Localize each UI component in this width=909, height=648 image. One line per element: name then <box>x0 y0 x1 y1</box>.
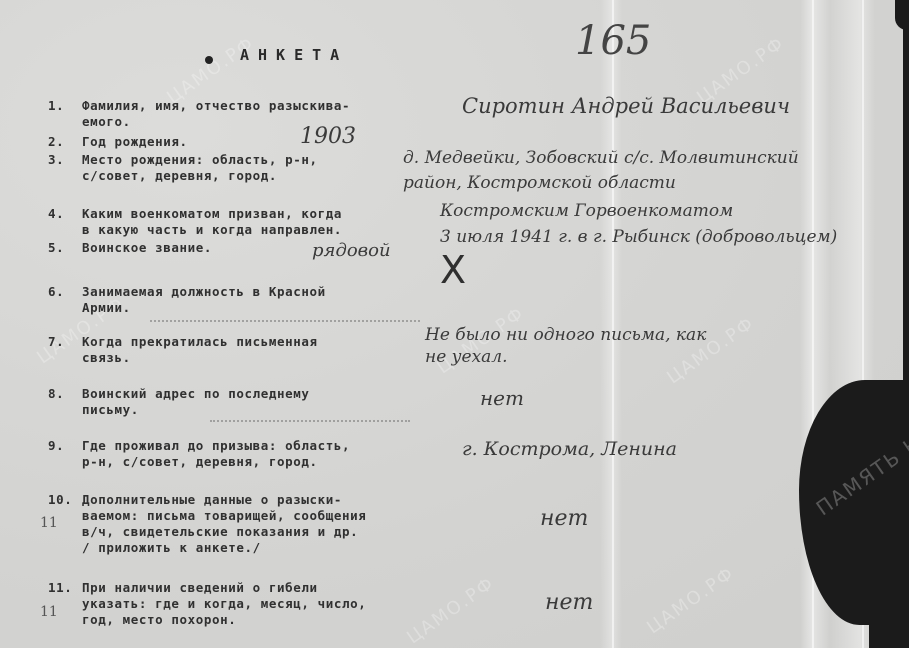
question-text: Каким военкоматом призван, когда в какую… <box>82 206 342 238</box>
question-text: Дополнительные данные о разыски- ваемом:… <box>82 492 366 556</box>
document-page: ЦАМО.РФ ЦАМО.РФ ЦАМО.РФ ЦАМО.РФ ЦАМО.РФ … <box>0 0 909 648</box>
watermark: ЦАМО.РФ <box>403 573 499 648</box>
watermark: ЦАМО.РФ <box>643 563 739 639</box>
question-10: 10.Дополнительные данные о разыски- ваем… <box>48 492 366 556</box>
margin-mark: 11 <box>40 515 58 531</box>
question-text: Воинское звание. <box>82 240 212 256</box>
answer-9: г. Кострома, Ленина <box>462 438 677 460</box>
document-title: АНКЕТА <box>240 46 348 64</box>
margin-mark: 11 <box>40 604 58 620</box>
answer-1: Сиротин Андрей Васильевич <box>462 94 790 118</box>
answer-5: рядовой <box>312 240 391 261</box>
answer-2: 1903 <box>300 124 356 149</box>
question-text: Когда прекратилась письменная связь. <box>82 334 318 366</box>
answer-6-cross-mark: X <box>440 248 466 292</box>
question-11: 11.При наличии сведений о гибели указать… <box>48 580 366 628</box>
question-2: 2.Год рождения. <box>48 134 188 150</box>
smudge <box>150 320 420 323</box>
ink-dot <box>205 56 213 64</box>
question-text: Занимаемая должность в Красной Армии. <box>82 284 326 316</box>
question-6: 6.Занимаемая должность в Красной Армии. <box>48 284 326 316</box>
question-3: 3.Место рождения: область, р-н, с/совет,… <box>48 152 318 184</box>
archive-number: 165 <box>575 18 651 64</box>
answer-7: Не было ни одного письма, как не уехал. <box>425 324 706 368</box>
watermark: ЦАМО.РФ <box>163 33 259 109</box>
question-text: Место рождения: область, р-н, с/совет, д… <box>82 152 318 184</box>
question-text: При наличии сведений о гибели указать: г… <box>82 580 366 628</box>
answer-11: нет <box>545 590 593 615</box>
question-text: Где проживал до призыва: область, р-н, с… <box>82 438 350 470</box>
question-text: Воинский адрес по последнему письму. <box>82 386 310 418</box>
answer-10: нет <box>540 506 588 531</box>
smudge <box>210 420 410 423</box>
question-5: 5.Воинское звание. <box>48 240 212 256</box>
answer-3: д. Медвейки, Зобовский с/с. Молвитинский… <box>403 146 799 196</box>
question-text: Год рождения. <box>82 134 188 150</box>
question-9: 9.Где проживал до призыва: область, р-н,… <box>48 438 350 470</box>
question-7: 7.Когда прекратилась письменная связь. <box>48 334 318 366</box>
question-8: 8.Воинский адрес по последнему письму. <box>48 386 310 418</box>
torn-edge <box>869 600 909 648</box>
question-4: 4.Каким военкоматом призван, когда в как… <box>48 206 342 238</box>
torn-corner <box>895 0 909 30</box>
answer-4: Костромским Горвоенкоматом 3 июля 1941 г… <box>440 198 837 250</box>
answer-8: нет <box>480 386 524 410</box>
